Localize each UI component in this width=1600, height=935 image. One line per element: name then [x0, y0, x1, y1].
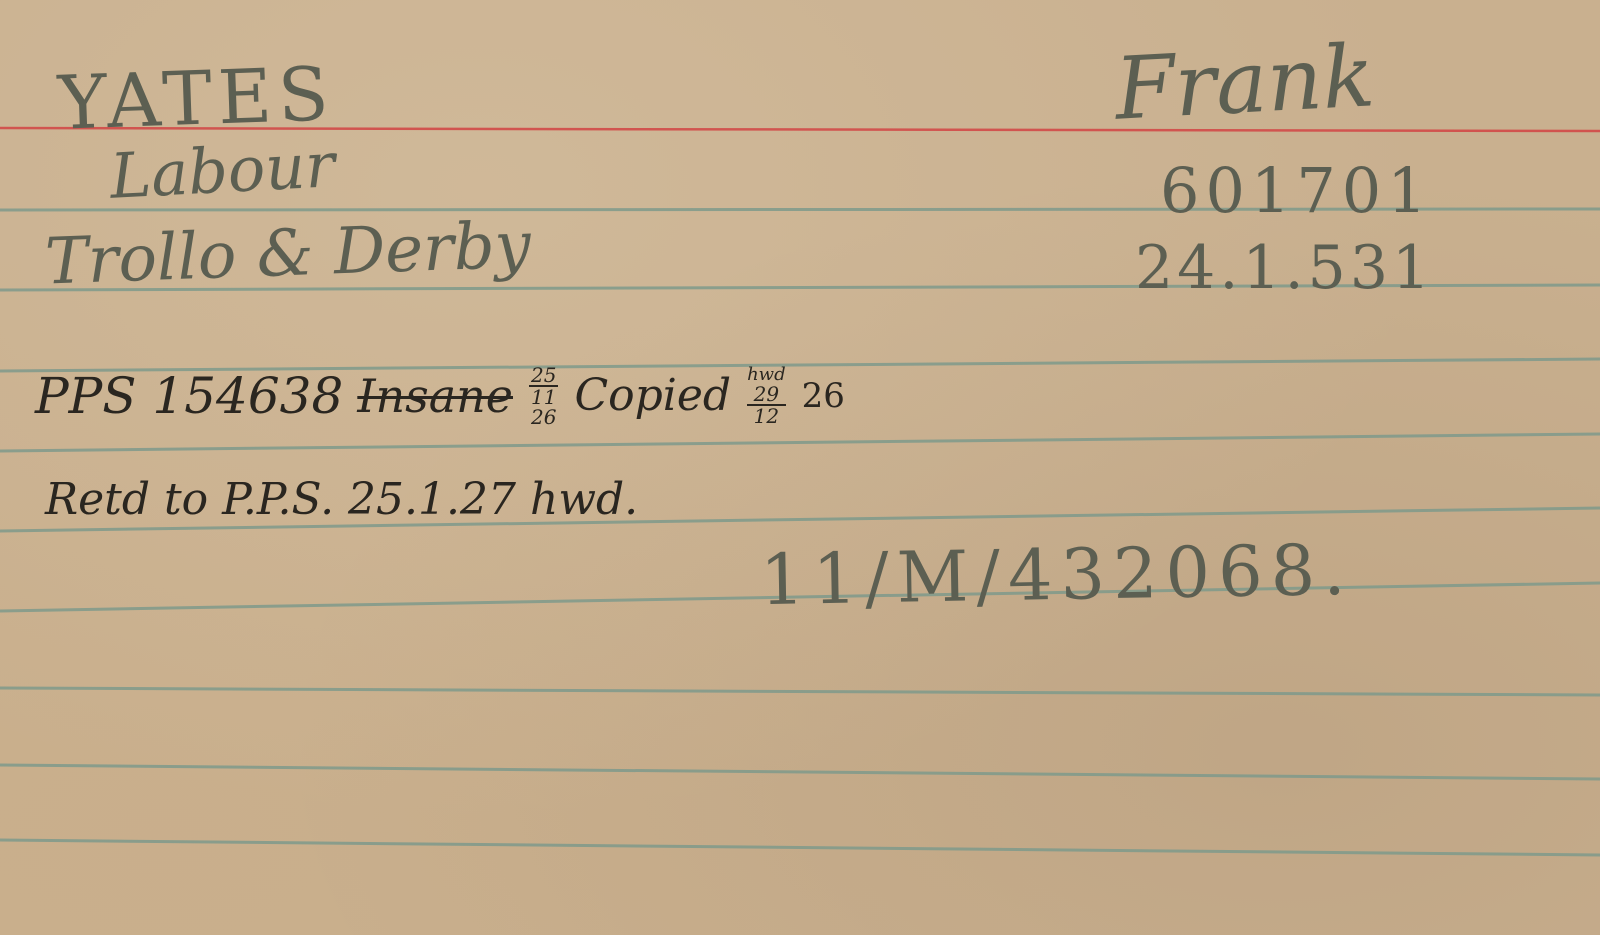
pps-number: PPS 154638: [35, 371, 343, 421]
returned-entry: Retd to P.P.S. 25.1.27 hwd.: [45, 478, 638, 522]
struck-date: 25 11 26: [529, 365, 558, 427]
number-1: 601701: [1160, 160, 1433, 222]
employer: Trollo & Derby: [44, 214, 532, 295]
pps-entry: PPS 154638 Insane 25 11 26 Copied hwd 29…: [35, 365, 845, 427]
reference-number: 11/M/432068.: [759, 535, 1354, 615]
number-2: 24.1.531: [1135, 238, 1434, 298]
struck-status: Insane: [357, 373, 513, 419]
index-card: YATES Frank Labour Trollo & Derby 601701…: [0, 0, 1600, 935]
surname: YATES: [57, 57, 336, 141]
copied-label: Copied: [574, 374, 731, 418]
occupation: Labour: [109, 134, 337, 208]
copied-year: 26: [802, 379, 845, 413]
given-name: Frank: [1113, 33, 1377, 132]
copied-date: hwd 29 12: [747, 366, 786, 426]
